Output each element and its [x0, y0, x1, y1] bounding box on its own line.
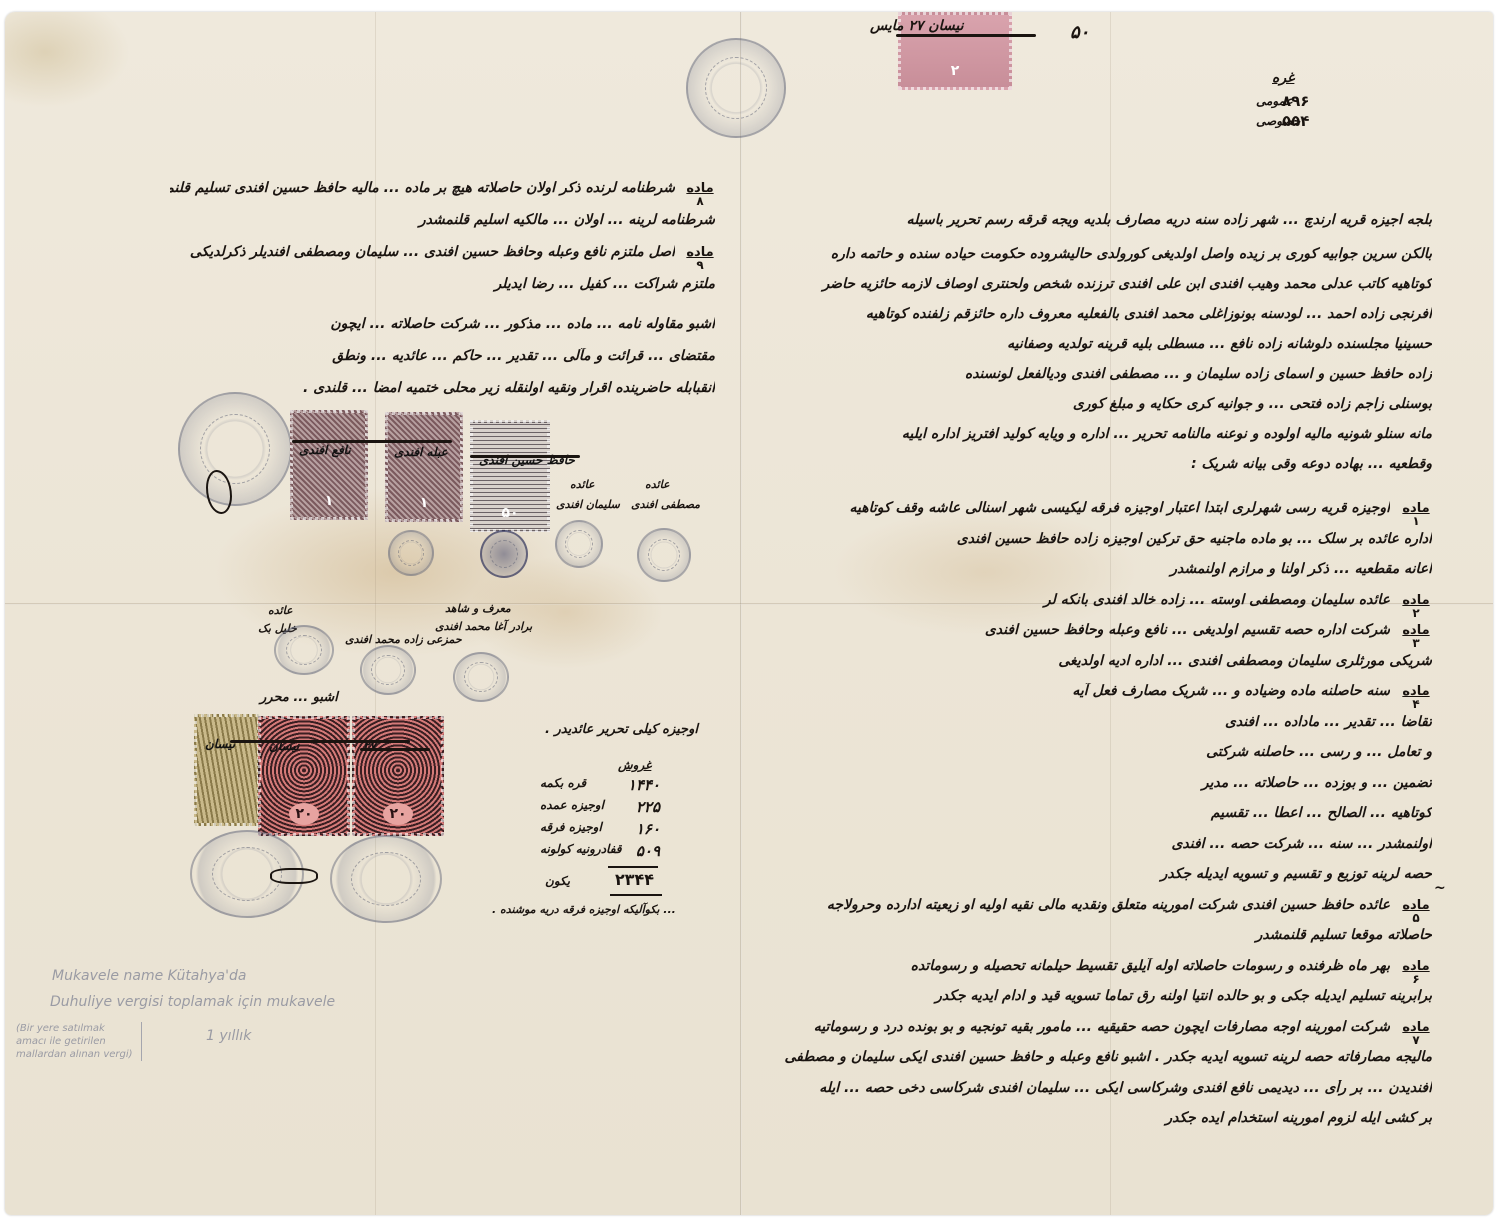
- ledger-row: ۵۰۹قفادرونیه کولونه: [540, 842, 660, 864]
- signatory-role: عائده: [268, 604, 293, 617]
- clause-marker: ماده۶: [1396, 960, 1436, 986]
- clause-text: حصه لرینه توزیع و تقسیم و تسویه ایدیله ج…: [770, 866, 1432, 882]
- stamp-value: ۲۰: [289, 803, 319, 825]
- ledger-row: ۱۴۴۰قره بکمه: [540, 776, 660, 798]
- ledger-total-label: یکون: [545, 874, 570, 888]
- ledger-sum-rule: [608, 866, 658, 868]
- text-line: وقطعیه ... بهاده دوعه وقی بیانه شریک :: [770, 456, 1432, 472]
- clause-marker: ماده۵: [1396, 899, 1436, 925]
- revenue-stamp: ۲۰نیسان: [258, 716, 350, 836]
- clause-marker: ماده۹: [681, 246, 719, 272]
- seal-small: [453, 652, 509, 702]
- quarter-fold-right: [1110, 12, 1111, 1215]
- clause-text: شرکت اداره حصه تقسیم اولدیغی ... نافع وع…: [770, 622, 1390, 638]
- signatory-role: عائده: [570, 478, 595, 491]
- clause-text: اصل ملتزم نافع وعبله وحافظ حسین افندی ..…: [170, 244, 675, 260]
- seal-small: [274, 625, 334, 675]
- stamp-value: ۵۰: [473, 505, 547, 521]
- ledger-double-rule: [610, 894, 662, 896]
- clause-text: افندیدن ... بر رأی ... دیدیمی نافع افندی…: [770, 1080, 1432, 1096]
- clause-number: ۹: [681, 259, 719, 272]
- center-fold: [740, 12, 742, 1215]
- clause-text: و تعامل ... و رسی ... حاصلنه شرکتی: [770, 744, 1432, 760]
- text-line: کوتاهیه کاتب عدلی محمد وهیب افندی ابن عل…: [770, 276, 1432, 292]
- signature-scrawl: [270, 868, 318, 884]
- clause-number: ۷: [1396, 1034, 1436, 1047]
- top-seal: [686, 38, 786, 138]
- registry-heading: غره: [1272, 70, 1294, 86]
- stamp-value: ۲۰: [383, 803, 413, 825]
- stamp-value: ۱: [388, 495, 460, 511]
- text-line: بوسنلی زاجم زاده فتحی ... و جوانیه کری ح…: [770, 396, 1432, 412]
- clause-text: اعانه مقطعیه ... ذکر اولنا و مرازم اولنم…: [770, 561, 1432, 577]
- notary-seal: [178, 392, 292, 506]
- signatory-role: عائده: [645, 478, 670, 491]
- ledger-total: ۲۳۴۴: [615, 870, 654, 889]
- clause-text: تقاضا ... تقدیر ... ماداده ... افندی: [770, 714, 1432, 730]
- signatory-name: مصطفی افندی: [631, 498, 700, 511]
- revenue-stamp: نیسان: [194, 714, 260, 826]
- ledger-row: ۲۲۵اوجیزه عمده: [540, 798, 660, 820]
- stamp-cancel-line: [230, 740, 410, 743]
- clause-number: ۳: [1396, 637, 1436, 650]
- stamp-overprint: عبله افندی: [394, 445, 448, 459]
- ledger-currency-heading: غروش: [618, 758, 651, 772]
- top-stamp-cancel-line: [896, 34, 1036, 37]
- pencil-line-3: 1 yıllık: [206, 1028, 251, 1044]
- clause-text: حاصلاته موقعا تسلیم قلنمشدر: [770, 927, 1432, 943]
- stamp-value: ۱: [293, 493, 365, 509]
- seal-small: [360, 645, 416, 695]
- text-line: مانه سنلو شونیه مالیه اولوده و نوعنه مال…: [770, 426, 1432, 442]
- stamp-cancel-line: [470, 455, 580, 458]
- ledger-amount: ۲۲۵: [636, 798, 660, 816]
- clause-text: مالیجه مصارفاته حصه لرینه تسویه ایدیه جک…: [770, 1049, 1432, 1065]
- signatory-name: حمزعی زاده محمد افندی: [345, 633, 462, 646]
- stamp-cancel-line: [360, 748, 430, 751]
- pencil-line-2: Duhuliye vergisi toplamak için mukavele: [50, 994, 335, 1010]
- clause-number: ۱: [1396, 515, 1436, 528]
- top-mark: ۵۰: [1070, 22, 1089, 43]
- clause-number: ۴: [1396, 698, 1436, 711]
- ledger-label: اوجیزه فرقه: [540, 820, 602, 834]
- revenue-stamp: نافع افندی۱: [290, 410, 368, 520]
- clause-marker: ماده۲: [1396, 594, 1436, 620]
- clause-text: بر کشی ایله لزوم امورینه استخدام ایده جک…: [770, 1110, 1432, 1126]
- text-line: بالکن سرین جوابیه کوری بر زیده واصل اولد…: [770, 246, 1432, 262]
- ledger-label: قفادرونیه کولونه: [540, 842, 622, 856]
- clause-text: ملتزم شراکت ... کفیل ... رضا ایدیلر: [170, 276, 715, 292]
- clause-marker: ماده۳: [1396, 624, 1436, 650]
- ledger-amount: ۵۰۹: [636, 842, 660, 860]
- clause-text: شرطنامه لرنده ذکر اولان حاصلاته هیچ بر م…: [170, 180, 675, 196]
- clause-text: بهر ماه ظرفنده و رسومات حاصلاته اوله آیل…: [770, 958, 1390, 974]
- clause-text: برابرینه تسلیم ایدیله جکی و بو حالده انت…: [770, 988, 1432, 1004]
- clause-text: کوتاهیه ... الصالح ... اعطا ... تقسیم: [770, 805, 1432, 821]
- clause-text: عائده حافظ حسین افندی شرکت امورینه متعلق…: [770, 897, 1390, 913]
- clause-number: ۵: [1396, 912, 1436, 925]
- clause-text: تضمین ... و بوزده ... حاصلاته ... مدیر: [770, 775, 1432, 791]
- revenue-stamp: ۲۰۲۷: [352, 716, 444, 836]
- ledger-amount: ۱۶۰: [636, 820, 660, 838]
- clause-number: ۶: [1396, 973, 1436, 986]
- registry-general-number: ۸۹۶: [1282, 92, 1309, 110]
- clause-number: ۲: [1396, 607, 1436, 620]
- closing-line: اشبو مقاوله نامه ... ماده ... مذکور ... …: [170, 316, 715, 332]
- top-stamp-cancel-text: نیسان ۲۷ مایس: [870, 18, 963, 34]
- clause-text: شرکت امورینه اوجه مصارفات ایچون حصه حقیق…: [770, 1019, 1390, 1035]
- registry-private-number: ۵۵۴: [1282, 112, 1309, 130]
- text-line: حسینیا مجلسنده دلوشانه زاده نافع ... مسط…: [770, 336, 1432, 352]
- revenue-stamp: حافظ حسین افندی۵۰: [470, 420, 550, 532]
- clause-marker: ماده۱: [1396, 502, 1436, 528]
- ledger-label: اوجیزه عمده: [540, 798, 604, 812]
- closing-line: مقتضای ... قرائت و مآلی ... تقدیر ... حا…: [170, 348, 715, 364]
- clause-marker: ماده۷: [1396, 1021, 1436, 1047]
- signatory-role: معرف و شاهد: [445, 602, 511, 615]
- seal-small: [637, 528, 691, 582]
- ledger-label: قره بکمه: [540, 776, 586, 790]
- clause-marker: ماده۸: [681, 182, 719, 208]
- clause-text: اوجیزه قریه رسی شهرلری ابتدا اعتبار اوجی…: [770, 500, 1390, 516]
- clause-number: ۸: [681, 195, 719, 208]
- clause-text: عائده سلیمان ومصطفی اوسته ... زاده خالد …: [770, 592, 1390, 608]
- seal-small: [388, 530, 434, 576]
- clause-text: شریکی مورثلری سلیمان ومصطفی افندی ... اد…: [770, 653, 1432, 669]
- signatory-name: سلیمان افندی: [556, 498, 620, 511]
- clause-text: شرطنامه لرینه ... اولان ... مالکیه اسلیم…: [170, 212, 715, 228]
- stamp-overprint: نافع افندی: [299, 443, 351, 457]
- margin-mark: ~: [1434, 880, 1446, 896]
- clause-text: سنه حاصلنه ماده وضیاده و ... شریک مصارف …: [770, 683, 1390, 699]
- clause-marker: ماده۴: [1396, 685, 1436, 711]
- ledger-row: ۱۶۰اوجیزه فرقه: [540, 820, 660, 842]
- revenue-stamp: عبله افندی۱: [385, 412, 463, 522]
- text-line: افرنجی زاده احمد ... لودسنه بونوزاغلی مح…: [770, 306, 1432, 322]
- text-line: بلجه اجیزه قریه ارندچ ... شهر زاده سنه د…: [770, 212, 1432, 228]
- ledger-amount: ۱۴۴۰: [628, 776, 660, 794]
- pencil-aside: (Bir yere satılmak amacı ile getirilen m…: [16, 1022, 142, 1061]
- notary-seal-bottom: [330, 835, 442, 923]
- ledger-title: اوجیزه کیلی تحریر عائدیدر .: [545, 722, 698, 737]
- stamps-row2-caption: اشبو ... محرر: [260, 690, 338, 705]
- stamp-cancel-line: [292, 440, 452, 443]
- signatory-name: برادر آغا محمد افندی: [435, 620, 532, 633]
- ledger-footer: ... بکوآلیکه اوجیزه فرقه دریه موشنده .: [492, 903, 676, 916]
- seal-small: [555, 520, 603, 568]
- clause-text: اولنمشدر ... سنه ... شرکت حصه ... افندی: [770, 836, 1432, 852]
- text-line: زاده حافظ حسین و اسمای زاده سلیمان و ...…: [770, 366, 1432, 382]
- seal-dark: [480, 530, 528, 578]
- clause-text: اداره عائده بر سلک ... بو ماده ماجنیه حق…: [770, 531, 1432, 547]
- pencil-line-1: Mukavele name Kütahya'da: [52, 968, 246, 984]
